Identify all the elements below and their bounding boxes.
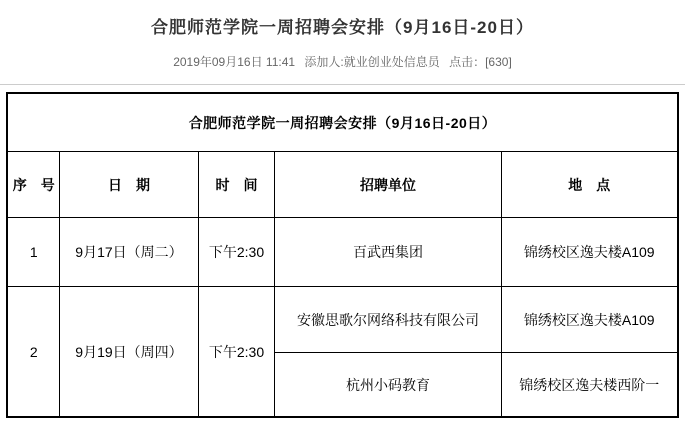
page-title: 合肥师范学院一周招聘会安排（9月16日-20日） bbox=[0, 0, 685, 38]
col-header-location: 地 点 bbox=[501, 152, 677, 218]
meta-clicks: 点击：[630] bbox=[449, 55, 512, 69]
cell-date: 9月19日（周四） bbox=[59, 287, 198, 418]
divider-line bbox=[0, 84, 685, 85]
cell-no: 1 bbox=[7, 218, 59, 287]
col-header-company: 招聘单位 bbox=[274, 152, 501, 218]
cell-location: 锦绣校区逸夫楼A109 bbox=[501, 218, 677, 287]
cell-location: 锦绣校区逸夫楼A109 bbox=[501, 287, 677, 353]
cell-company: 百武西集团 bbox=[274, 218, 501, 287]
table-header-row: 序 号 日 期 时 间 招聘单位 地 点 bbox=[7, 152, 677, 218]
meta-author: 添加人:就业创业处信息员 bbox=[304, 55, 439, 69]
col-header-time: 时 间 bbox=[198, 152, 274, 218]
cell-time: 下午2:30 bbox=[198, 287, 274, 418]
table-caption: 合肥师范学院一周招聘会安排（9月16日-20日） bbox=[7, 93, 677, 152]
table-row: 1 9月17日（周二） 下午2:30 百武西集团 锦绣校区逸夫楼A109 bbox=[7, 218, 677, 287]
cell-no: 2 bbox=[7, 287, 59, 418]
table-row: 2 9月19日（周四） 下午2:30 安徽思歌尔网络科技有限公司 锦绣校区逸夫楼… bbox=[7, 287, 677, 353]
recruitment-schedule-table: 合肥师范学院一周招聘会安排（9月16日-20日） 序 号 日 期 时 间 招聘单… bbox=[6, 92, 678, 418]
cell-date: 9月17日（周二） bbox=[59, 218, 198, 287]
col-header-no: 序 号 bbox=[7, 152, 59, 218]
cell-company: 安徽思歌尔网络科技有限公司 bbox=[274, 287, 501, 353]
cell-company: 杭州小码教育 bbox=[274, 353, 501, 418]
col-header-date: 日 期 bbox=[59, 152, 198, 218]
meta-datetime: 2019年09月16日 11:41 bbox=[173, 55, 295, 69]
cell-location: 锦绣校区逸夫楼西阶一 bbox=[501, 353, 677, 418]
article-meta: 2019年09月16日 11:41 添加人:就业创业处信息员 点击：[630] bbox=[0, 53, 685, 70]
table-caption-row: 合肥师范学院一周招聘会安排（9月16日-20日） bbox=[7, 93, 677, 152]
cell-time: 下午2:30 bbox=[198, 218, 274, 287]
